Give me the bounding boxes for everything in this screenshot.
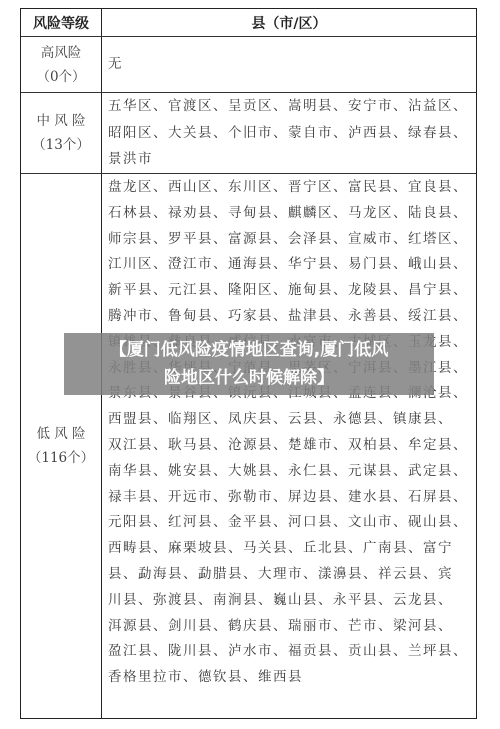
county-line: 无 xyxy=(108,52,123,78)
overlay-title-line-2: 险地区什么时候解除】 xyxy=(64,364,434,392)
county-line: 新平县、元江县、隆阳区、施甸县、龙陵县、昌宁县、 xyxy=(108,278,476,304)
county-line: 西盟县、临翔区、凤庆县、云县、永德县、镇康县、 xyxy=(108,407,476,433)
county-line: 昭阳区、大关县、个旧市、蒙自市、泸西县、绿春县、 xyxy=(108,120,476,147)
county-line: 洱源县、剑川县、鹤庆县、瑞丽市、芒市、梁河县、 xyxy=(108,614,476,640)
low-risk-count: （116个） xyxy=(28,446,94,470)
county-line: 元阳县、红河县、金平县、河口县、文山市、砚山县、 xyxy=(108,510,476,536)
header-risk-level-text: 风险等级 xyxy=(33,13,89,33)
county-line: 县、勐海县、勐腊县、大理市、漾濞县、祥云县、宾 xyxy=(108,562,476,588)
header-counties: 县（市/区） xyxy=(102,9,476,36)
county-line: 腾冲市、鲁甸县、巧家县、盐津县、永善县、绥江县、 xyxy=(108,304,476,330)
county-line: 双江县、耿马县、沧源县、楚雄市、双柏县、牟定县、 xyxy=(108,433,476,459)
header-counties-text: 县（市/区） xyxy=(251,13,326,33)
high-risk-label: 高风险 （0个） xyxy=(21,37,101,92)
header-risk-level: 风险等级 xyxy=(21,9,101,36)
medium-risk-counties: 五华区、官渡区、呈贡区、嵩明县、安宁市、沾益区、 昭阳区、大关县、个旧市、蒙自市… xyxy=(102,93,476,173)
county-line: 禄丰县、开远市、弥勒市、屏边县、建水县、石屏县、 xyxy=(108,485,476,511)
county-line: 五华区、官渡区、呈贡区、嵩明县、安宁市、沾益区、 xyxy=(108,93,476,120)
title-overlay-banner: 【厦门低风险疫情地区查询,厦门低风 险地区什么时候解除】 xyxy=(64,333,434,395)
county-line: 盘龙区、西山区、东川区、晋宁区、富民县、宜良县、 xyxy=(108,175,476,201)
county-line: 师宗县、罗平县、富源县、会泽县、宣威市、红塔区、 xyxy=(108,227,476,253)
county-line: 盈江县、陇川县、泸水市、福贡县、贡山县、兰坪县、 xyxy=(108,639,476,665)
county-line: 西畴县、麻栗坡县、马关县、丘北县、广南县、富宁 xyxy=(108,536,476,562)
county-line: 景洪市 xyxy=(108,146,476,173)
low-risk-counties: 盘龙区、西山区、东川区、晋宁区、富民县、宜良县、 石林县、禄劝县、寻甸县、麒麟区… xyxy=(102,175,476,718)
high-risk-counties: 无 xyxy=(102,37,476,92)
medium-risk-label: 中 风 险 （13个） xyxy=(21,93,101,173)
medium-risk-count: （13个） xyxy=(32,133,90,157)
county-line: 川县、弥渡县、南涧县、巍山县、永平县、云龙县、 xyxy=(108,588,476,614)
medium-risk-name: 中 风 险 xyxy=(36,109,85,133)
high-risk-count: （0个） xyxy=(36,65,85,89)
low-risk-name: 低 风 险 xyxy=(36,422,85,446)
overlay-title-line-1: 【厦门低风险疫情地区查询,厦门低风 xyxy=(64,336,434,364)
county-line: 香格里拉市、德钦县、维西县 xyxy=(108,665,476,691)
county-line: 石林县、禄劝县、寻甸县、麒麟区、马龙区、陆良县、 xyxy=(108,201,476,227)
high-risk-name: 高风险 xyxy=(41,41,82,65)
low-risk-label: 低 风 险 （116个） xyxy=(21,174,101,718)
county-line: 江川区、澄江市、通海县、华宁县、易门县、峨山县、 xyxy=(108,252,476,278)
county-line: 南华县、姚安县、大姚县、永仁县、元谋县、武定县、 xyxy=(108,459,476,485)
